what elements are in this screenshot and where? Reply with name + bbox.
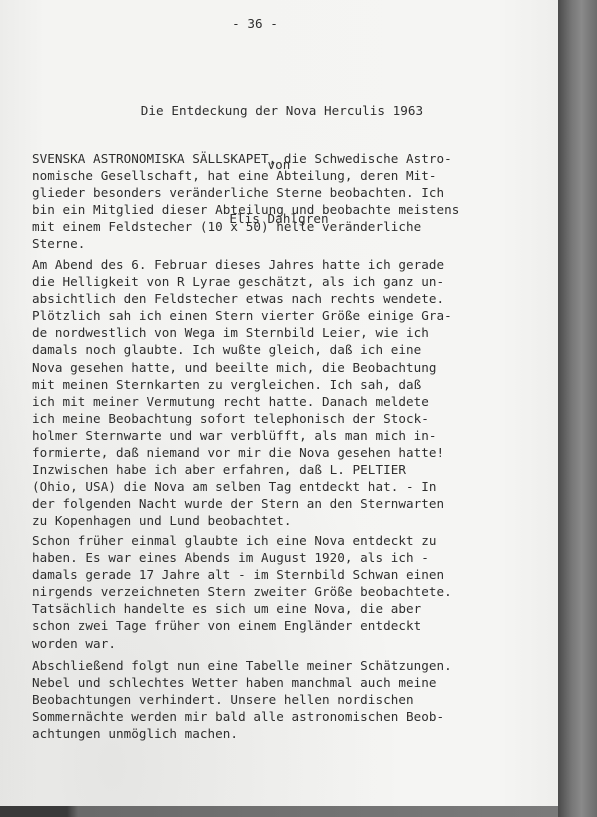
text-line: Schon früher einmal glaubte ich eine Nov… [32, 532, 452, 549]
text-line: Beobachtungen verhindert. Unsere hellen … [32, 691, 452, 708]
page-number: - 36 - [0, 16, 510, 31]
text-line: schon zwei Tage früher von einem Engländ… [32, 617, 452, 634]
text-line: haben. Es war eines Abends im August 192… [32, 549, 452, 566]
text-line: de nordwestlich von Wega im Sternbild Le… [32, 324, 452, 341]
text-line: ich meine Beobachtung sofort telephonisc… [32, 410, 452, 427]
text-line: Nebel und schlechtes Wetter haben manchm… [32, 674, 452, 691]
text-line: Am Abend des 6. Februar dieses Jahres ha… [32, 256, 452, 273]
paragraph: SVENSKA ASTRONOMISKA SÄLLSKAPET, die Sch… [32, 150, 459, 253]
text-line: mit einem Feldstecher (10 x 50) helle ve… [32, 218, 459, 235]
text-line: nirgends verzeichneten Stern zweiter Grö… [32, 583, 452, 600]
text-line: glieder besonders veränderliche Sterne b… [32, 184, 459, 201]
text-line: damals gerade 17 Jahre alt - im Sternbil… [32, 566, 452, 583]
scanner-edge-right [558, 0, 597, 817]
text-line: mit meinen Sternkarten zu vergleichen. I… [32, 376, 452, 393]
paper-sheet: - 36 - Die Entdeckung der Nova Herculis … [0, 0, 558, 806]
text-line: holmer Sternwarte und war verblüfft, als… [32, 427, 452, 444]
text-line: (Ohio, USA) die Nova am selben Tag entde… [32, 478, 452, 495]
text-line: ich mit meiner Vermutung recht hatte. Da… [32, 393, 452, 410]
scanner-edge-bottom [0, 806, 558, 817]
text-line: Tatsächlich handelte es sich um eine Nov… [32, 600, 452, 617]
text-line: bin ein Mitglied dieser Abteilung und be… [32, 201, 459, 218]
paragraph: Schon früher einmal glaubte ich eine Nov… [32, 532, 452, 652]
text-line: formierte, daß niemand vor mir die Nova … [32, 444, 452, 461]
text-line: Nova gesehen hatte, und beeilte mich, di… [32, 359, 452, 376]
text-line: Sterne. [32, 235, 459, 252]
scanned-page: - 36 - Die Entdeckung der Nova Herculis … [0, 0, 597, 817]
text-line: nomische Gesellschaft, hat eine Abteilun… [32, 167, 459, 184]
text-line: SVENSKA ASTRONOMISKA SÄLLSKAPET, die Sch… [32, 150, 459, 167]
text-line: Sommernächte werden mir bald alle astron… [32, 708, 452, 725]
paragraph: Am Abend des 6. Februar dieses Jahres ha… [32, 256, 452, 530]
text-line: zu Kopenhagen und Lund beobachtet. [32, 512, 452, 529]
text-line: damals noch glaubte. Ich wußte gleich, d… [32, 341, 452, 358]
text-line: absichtlich den Feldstecher etwas nach r… [32, 290, 452, 307]
text-line: die Helligkeit von R Lyrae geschätzt, al… [32, 273, 452, 290]
text-line: Abschließend folgt nun eine Tabelle mein… [32, 657, 452, 674]
text-line: achtungen unmöglich machen. [32, 725, 452, 742]
article-title: Die Entdeckung der Nova Herculis 1963 [0, 102, 558, 120]
paragraph: Abschließend folgt nun eine Tabelle mein… [32, 657, 452, 742]
text-line: worden war. [32, 635, 452, 652]
text-line: Inzwischen habe ich aber erfahren, daß L… [32, 461, 452, 478]
text-line: der folgenden Nacht wurde der Stern an d… [32, 495, 452, 512]
text-line: Plötzlich sah ich einen Stern vierter Gr… [32, 307, 452, 324]
